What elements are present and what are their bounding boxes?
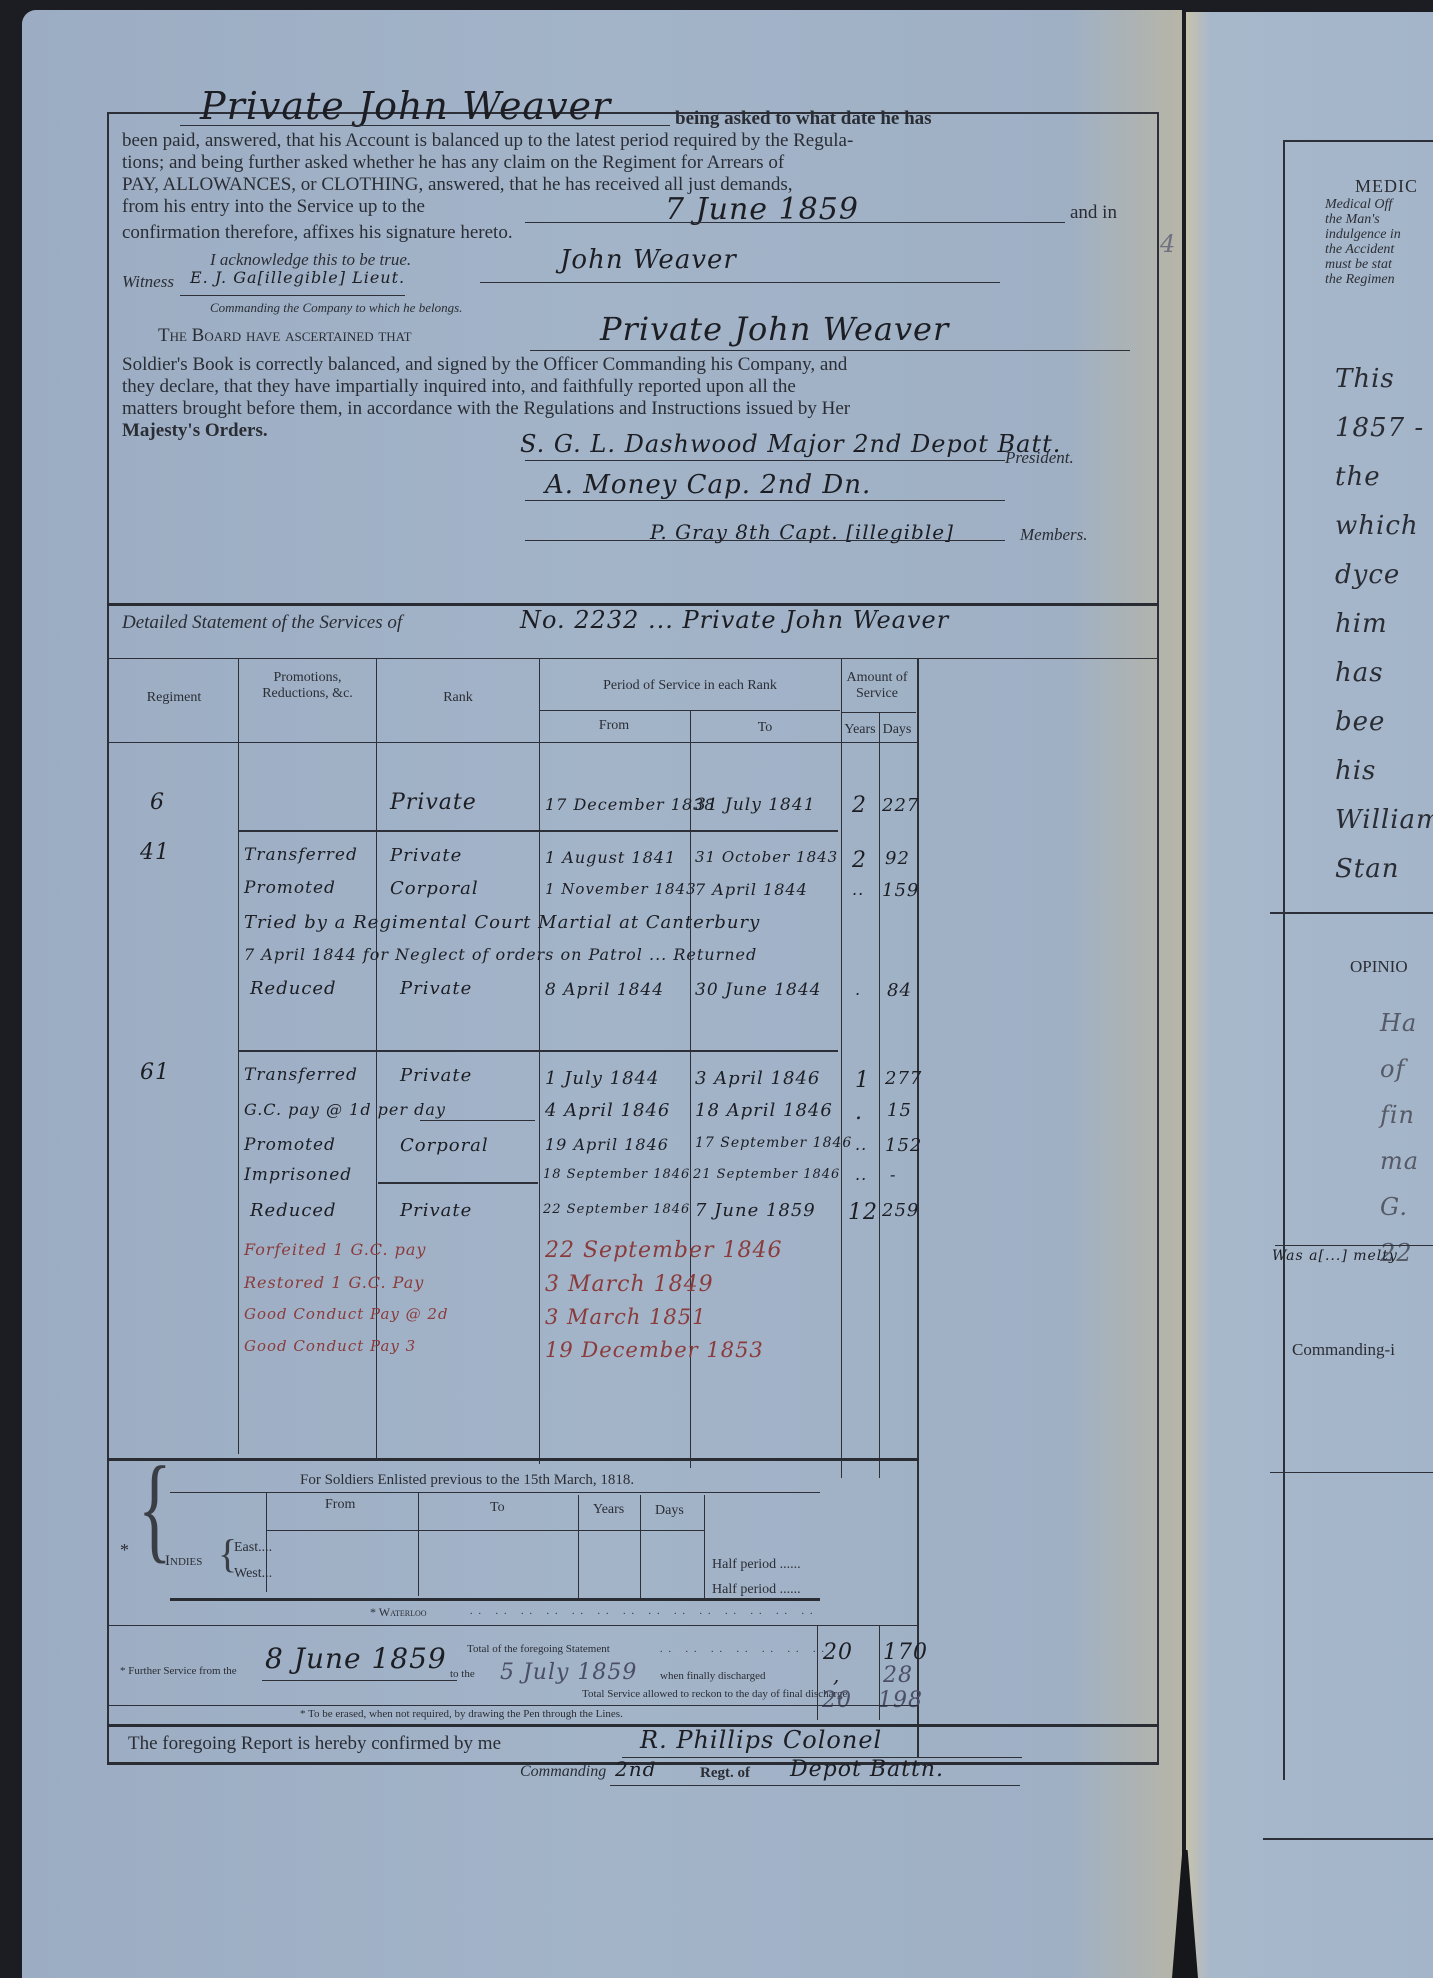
member1-signature: A. Money Cap. 2nd Dn. [545,470,871,500]
foregoing-years: 20 [823,1640,853,1665]
header-from: From [540,718,688,734]
hand-line: him [1335,600,1433,649]
name-line [180,125,670,126]
half-period-2: Half period ...... [712,1582,801,1598]
discharged-years: , [833,1663,840,1687]
red-entry-date: 3 March 1851 [545,1305,707,1329]
and-in: and in [1070,202,1117,224]
red-entry-date: 19 December 1853 [545,1338,764,1362]
days: 84 [887,980,912,1001]
col-line [539,658,540,1464]
hand-line: the [1335,453,1433,502]
days: 227 [882,795,919,816]
total-years: 20 [822,1688,852,1713]
hand-line: William [1335,796,1433,845]
members-label: Members. [1020,525,1088,545]
to-date: 7 June 1859 [695,1200,816,1221]
hand-line: This [1335,355,1433,404]
years: 1 [855,1068,870,1093]
regiment: 41 [140,840,170,865]
years: 2 [852,848,867,873]
para-line: from his entry into the Service up to th… [122,196,1132,218]
half-period-1: Half period ...... [712,1557,801,1573]
total-days: 198 [878,1688,923,1713]
col-line [418,1492,419,1596]
margin-mark: 4 [1160,230,1176,258]
right-frame-left [1283,140,1285,1780]
regt-label: Regt. of [700,1765,750,1782]
para-line: PAY, ALLOWANCES, or CLOTHING, answered, … [122,174,1132,196]
dash-line [378,1182,538,1184]
years: 12 [848,1200,878,1225]
header-period: Period of Service in each Rank [540,678,840,694]
promotion: Transferred [244,845,358,865]
further-service-label: * Further Service from the [120,1665,237,1677]
header-years: Years [842,722,878,738]
header-days: Days [880,722,914,738]
further-from-line [262,1680,457,1681]
pre1818-top-rule [107,1458,919,1461]
medical-line: Medical Off [1325,197,1401,212]
board-soldier-name: Private John Weaver [600,310,949,348]
hand-line: of [1380,1046,1419,1092]
header-to: To [690,720,840,736]
member2-line [525,540,1005,541]
to-date: 3 April 1846 [695,1068,820,1089]
header-rank: Rank [378,690,538,706]
services-title: Detailed Statement of the Services of [122,612,402,634]
col-line [238,658,239,1454]
col-line [640,1495,641,1599]
red-entry-text: Good Conduct Pay 3 [244,1337,416,1355]
waterloo-rule [107,1625,919,1626]
header-regiment: Regiment [110,690,238,706]
hand-line: Ha [1380,1000,1419,1046]
right-page [1186,12,1433,1978]
erase-note: * To be erased, when not required, by dr… [300,1708,623,1720]
years: . [855,980,861,999]
to-date: 31 July 1841 [695,795,816,815]
years: .. [855,1135,867,1154]
hand-line: Stan [1335,845,1433,894]
further-from-date: 8 June 1859 [265,1642,447,1675]
soldier-name-handwritten: Private John Weaver [200,84,611,128]
red-entry-date: 3 March 1849 [545,1272,714,1297]
pre1818-bottom-rule [170,1598,820,1601]
rank: Private [400,1065,472,1086]
opinion-title: OPINIO [1350,957,1408,977]
hand-line: has bee [1335,649,1433,747]
medical-line: indulgence in [1325,227,1401,242]
commanding-in-label: Commanding-i [1292,1340,1395,1360]
para-line: Soldier's Book is correctly balanced, an… [122,354,1132,376]
opinion-rule [1275,1245,1433,1246]
header-bottom-rule [107,742,919,743]
red-entry-date: 22 September 1846 [545,1238,782,1263]
to-date: 7 April 1844 [695,880,808,899]
header-promotions: Promotions, Reductions, &c. [240,670,375,702]
medical-line: the Accident [1325,242,1401,257]
to-date: 30 June 1844 [695,980,821,1000]
from-date: 1 August 1841 [545,848,676,867]
president-label: President. [1005,448,1074,468]
hand-line: which [1335,502,1433,551]
from-date: 8 April 1844 [545,980,664,1000]
witness-label: Witness [122,272,174,292]
red-entry-text: Good Conduct Pay @ 2d [244,1305,449,1323]
years: .. [855,1165,867,1184]
promotion: 7 April 1844 for Neglect of orders on Pa… [244,945,757,964]
rank: Corporal [390,878,479,899]
days: 277 [885,1068,922,1089]
board-paragraph: Soldier's Book is correctly balanced, an… [122,354,1132,442]
promotion: Imprisoned [244,1165,352,1185]
pre1818-title: For Soldiers Enlisted previous to the 15… [300,1472,634,1489]
promotion: G.C. pay @ 1d per day [244,1100,446,1119]
hand-line: fin [1380,1092,1419,1138]
totals-rule [107,1705,919,1706]
member1-line [525,500,1005,501]
date-line [525,222,1065,223]
header-amount: Amount of Service [842,670,912,702]
promotion: Promoted [244,1135,336,1155]
days: 92 [885,848,910,869]
years: .. [852,880,864,899]
opinion-handwriting: Ha of fin ma G. 22 [1380,1000,1419,1276]
from-date: 17 December 1838 [545,795,716,814]
statement-paragraph: been paid, answered, that his Account is… [122,130,1132,218]
col-line [704,1495,705,1599]
header-top-rule [107,658,1159,659]
to-the-label: to the [450,1668,475,1680]
pre1818-rule [170,1492,820,1493]
dash-line [420,1120,535,1121]
discharged-days: 28 [883,1663,913,1688]
para-line: been paid, answered, that his Account is… [122,130,1132,152]
commanding-company-caption: Commanding the Company to which he belon… [210,300,462,316]
from-date: 22 September 1846 [543,1202,690,1217]
regiment: 61 [140,1060,170,1085]
confirmation-line: confirmation therefore, affixes his sign… [122,222,513,244]
witness-signature: E. J. Ga[illegible] Lieut. [190,268,405,287]
medical-box-bottom [1270,912,1433,914]
foregoing-days: 170 [883,1640,928,1665]
promotion: Reduced [250,978,337,999]
discharged-label: when finally discharged [660,1670,766,1682]
medical-line: the Man's [1325,212,1401,227]
acknowledge-text: I acknowledge this to be true. [210,250,411,270]
days: - [890,1165,896,1184]
pre1818-days: Days [655,1503,684,1519]
promotion: Transferred [244,1065,358,1085]
soldier-signature: John Weaver [560,245,737,275]
promotion: Tried by a Regimental Court Martial at C… [244,912,760,933]
right-frame-top [1283,140,1433,142]
pre1818-subrule [266,1530,704,1531]
medical-text: Medical Off the Man's indulgence in the … [1325,197,1401,287]
indies-label: Indies [165,1553,202,1570]
rank: Private [400,978,472,999]
col-line [841,658,842,1478]
rank: Private [390,790,477,815]
medical-line: must be stat [1325,257,1401,272]
to-date: 21 September 1846 [693,1167,840,1182]
row-sep [238,1050,838,1052]
col-line [578,1495,579,1599]
west-label: West... [234,1566,272,1582]
red-entry-text: Restored 1 G.C. Pay [244,1273,424,1292]
regt-line [610,1785,1020,1786]
days: 15 [887,1100,912,1121]
foregoing-dots: .. .. .. .. .. .. .. [660,1644,830,1655]
commanding-label: Commanding [520,1763,606,1781]
red-entry-text: Forfeited 1 G.C. pay [244,1240,426,1259]
from-date: 1 November 1843 [545,880,697,898]
pre1818-to: To [490,1500,505,1516]
to-date: 17 September 1846 [695,1135,852,1151]
para-line: tions; and being further asked whether h… [122,152,1132,174]
rank: Private [390,845,462,866]
signature-line [480,282,1000,283]
opinion-note: Was a[...] melty [1272,1248,1422,1264]
confirmation-text: The foregoing Report is hereby confirmed… [128,1733,501,1755]
from-date: 1 July 1844 [545,1068,659,1089]
from-date: 18 September 1846 [543,1167,690,1182]
medical-title: MEDIC [1355,176,1418,197]
total-label: Total Service allowed to reckon to the d… [582,1688,847,1700]
line1-tail: being asked to what date he has [675,108,932,130]
foregoing-label: Total of the foregoing Statement [467,1643,610,1655]
promotion: Reduced [250,1200,337,1221]
hand-line: dyce [1335,551,1433,600]
president-line [525,460,1005,461]
asterisk: * [120,1540,129,1561]
col-line [879,712,880,1478]
commanding-number: 2nd [615,1757,656,1781]
rank: Corporal [400,1135,489,1156]
confirm-top-rule [107,1724,1159,1727]
board-intro: The Board have ascertained that [158,325,412,347]
further-to-date: 5 July 1859 [500,1660,637,1685]
waterloo-label: * Waterloo [370,1605,427,1620]
services-title-handwritten: No. 2232 ... Private John Weaver [520,606,949,634]
to-date: 31 October 1843 [695,848,838,866]
right-frame-bottom [1263,1838,1433,1840]
promotion: Promoted [244,878,336,898]
rank: Private [400,1200,472,1221]
waterloo-dots: .. .. .. .. .. .. .. .. .. .. .. .. .. .… [470,1606,819,1617]
confirmation-signature: R. Phillips Colonel [640,1726,882,1754]
to-date: 18 April 1846 [695,1100,833,1121]
regt-name: Depot Battn. [790,1757,944,1782]
medical-handwriting: This 1857 - the which dyce him has bee h… [1335,355,1433,894]
board-name-line [530,350,1130,351]
east-label: East.... [234,1540,272,1556]
days: 259 [882,1200,919,1221]
years: 2 [852,793,867,818]
years: . [855,1100,863,1125]
witness-line [180,295,405,296]
medical-line: the Regimen [1325,272,1401,287]
right-rule [1270,1472,1433,1473]
hand-line: ma [1380,1138,1419,1184]
days: 152 [885,1135,922,1156]
president-signature: S. G. L. Dashwood Major 2nd Depot Batt. [520,430,1061,458]
regiment: 6 [150,790,165,815]
hand-line: 1857 - [1335,404,1433,453]
hand-line: his [1335,747,1433,796]
pre1818-from: From [325,1497,355,1513]
from-date: 19 April 1846 [545,1135,669,1154]
days: 159 [882,880,919,901]
hand-line: G. [1380,1184,1419,1230]
para-line: they declare, that they have impartially… [122,376,1132,398]
from-date: 4 April 1846 [545,1100,670,1121]
row-sep [238,830,838,832]
pre1818-years: Years [593,1502,624,1518]
para-line: matters brought before them, in accordan… [122,398,1132,420]
